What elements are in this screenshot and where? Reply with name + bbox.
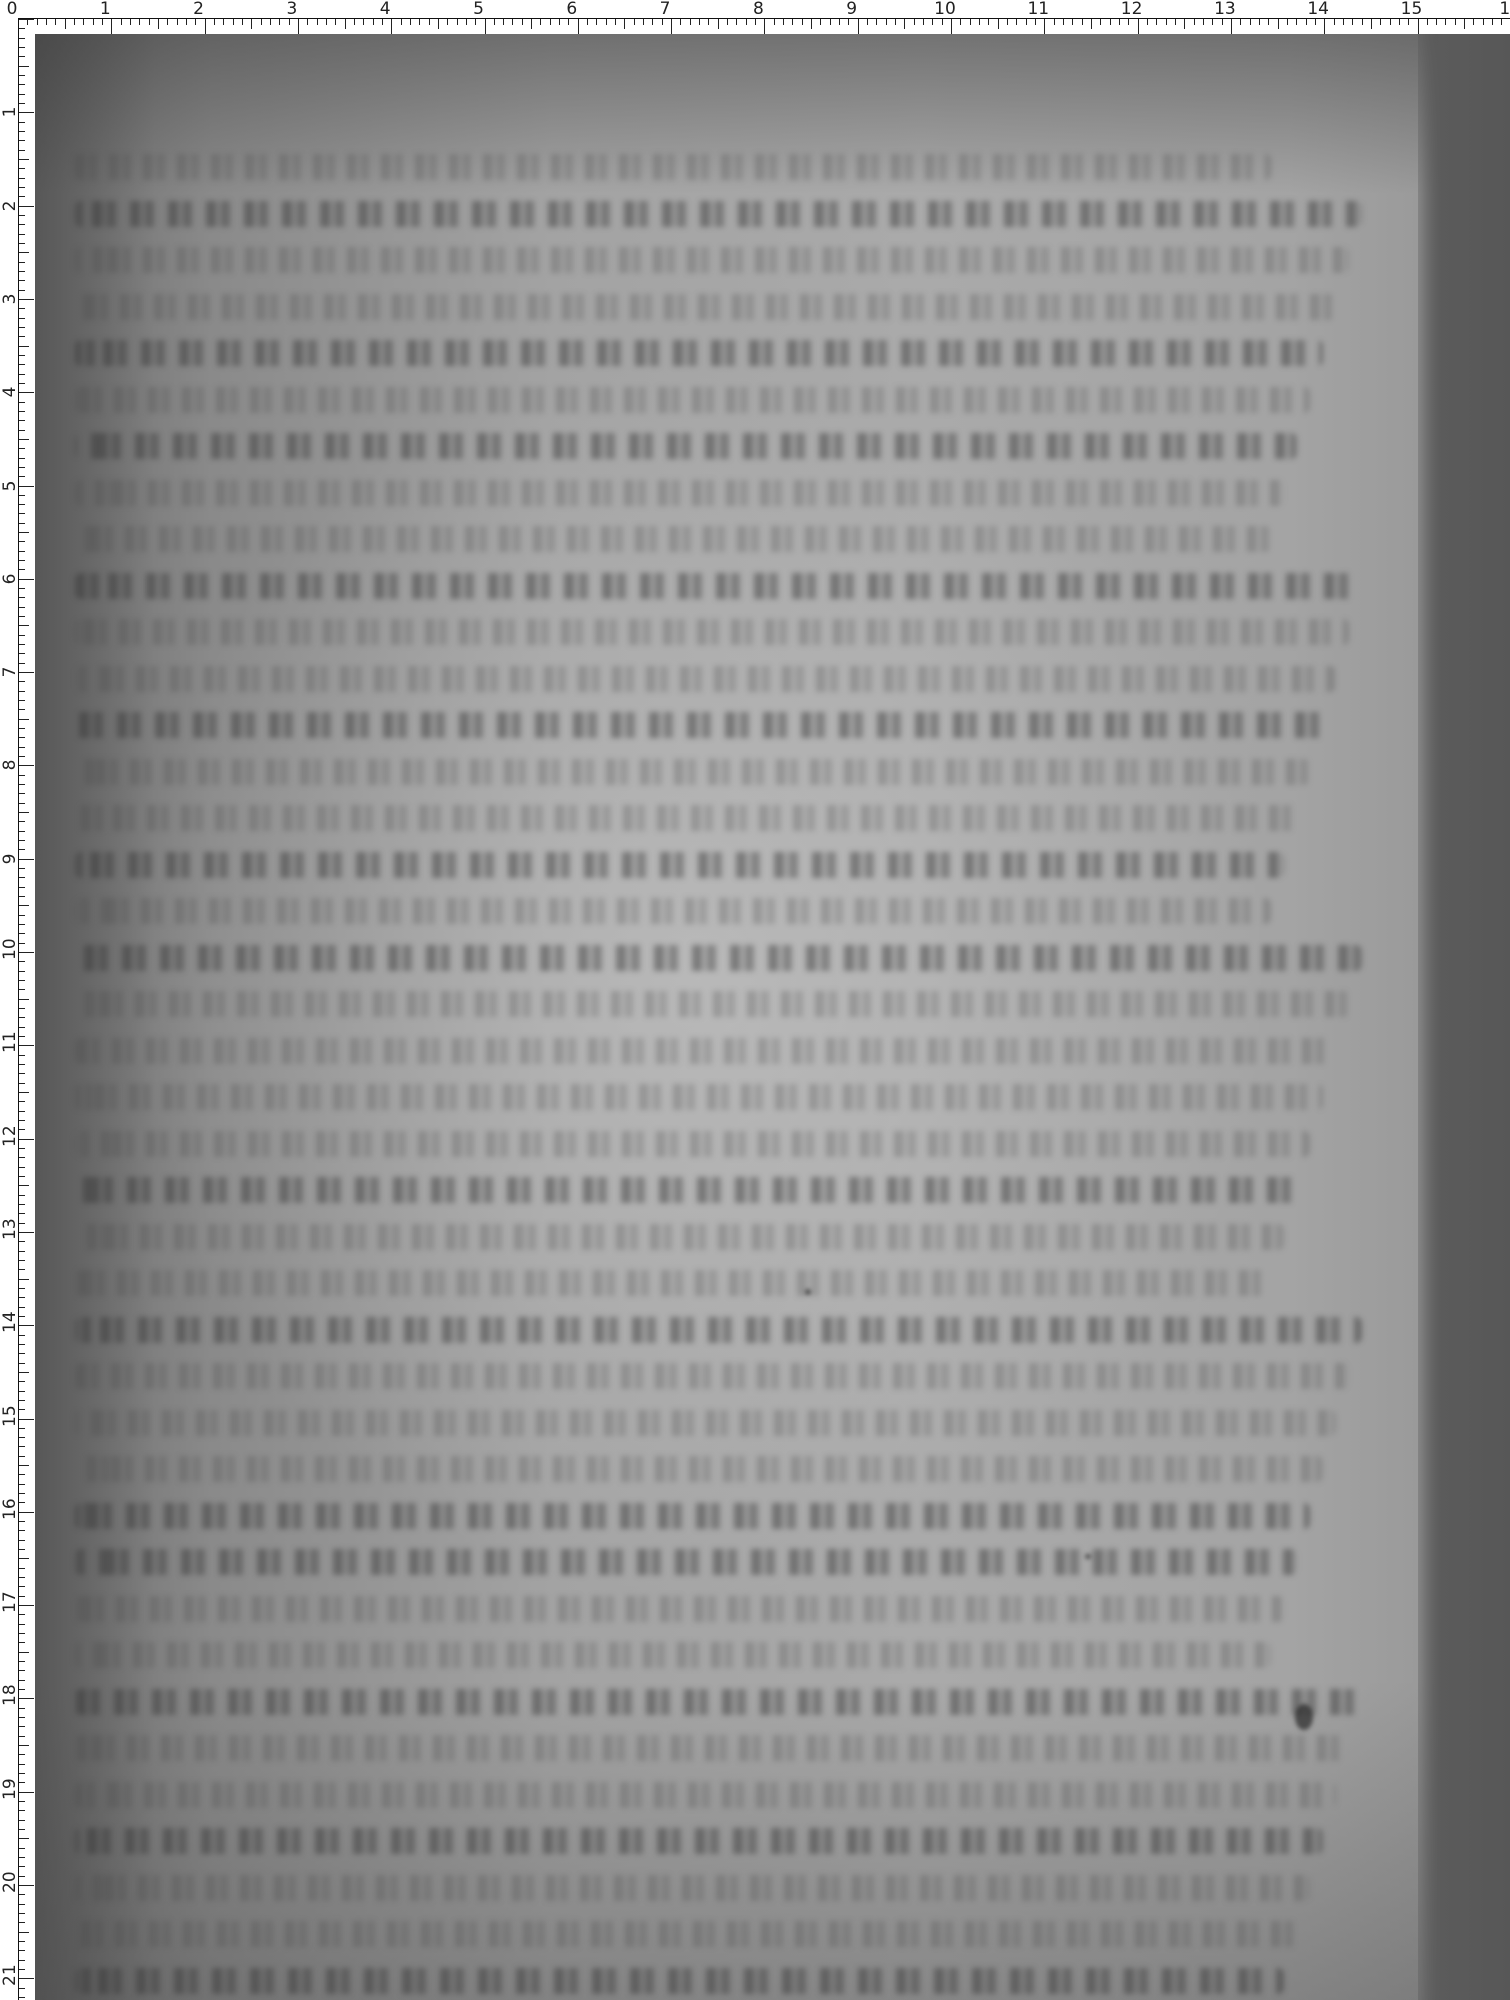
ruler-tick: [690, 19, 691, 25]
ruler-tick: [19, 1465, 29, 1466]
ruler-tick: [19, 1325, 34, 1326]
ruler-tick: [867, 19, 868, 25]
ruler-tick: [19, 19, 34, 20]
ruler-tick: [102, 19, 103, 25]
ruler-label: 3: [286, 0, 297, 18]
ruler-tick: [19, 560, 25, 561]
ruler-tick: [624, 19, 625, 29]
manuscript-line: [75, 1596, 1284, 1622]
ruler-tick: [1044, 19, 1045, 34]
ruler-tick: [1399, 19, 1400, 25]
ruler-tick: [19, 1661, 25, 1662]
ruler-tick: [158, 19, 159, 29]
ruler-tick: [19, 1241, 25, 1242]
ruler-tick: [19, 607, 25, 608]
ruler-tick: [19, 1381, 25, 1382]
ruler-tick: [242, 19, 243, 25]
manuscript-line: [75, 852, 1284, 878]
ruler-tick: [335, 19, 336, 25]
ruler-tick: [19, 1745, 29, 1746]
ruler-tick: [512, 19, 513, 25]
ruler-tick: [764, 19, 765, 34]
manuscript-line: [75, 340, 1323, 366]
ruler-tick: [19, 1848, 25, 1849]
ruler-tick: [1427, 19, 1428, 25]
ruler-tick: [19, 523, 25, 524]
ruler-tick: [503, 19, 504, 25]
ruler-tick: [19, 140, 25, 141]
ruler-tick: [307, 19, 308, 25]
ruler-tick: [886, 19, 887, 25]
manuscript-line: [75, 1456, 1323, 1482]
ruler-tick: [19, 905, 29, 906]
ruler-label: 6: [566, 0, 577, 18]
ruler-tick: [19, 831, 25, 832]
ruler-tick: [19, 1195, 25, 1196]
ruler-tick: [1408, 19, 1409, 25]
ruler-label: 2: [3, 198, 17, 214]
ruler-tick: [214, 19, 215, 25]
ruler-tick: [19, 1950, 25, 1951]
ruler-label: 0: [7, 0, 18, 18]
ruler-tick: [1091, 19, 1092, 29]
ruler-tick: [19, 187, 25, 188]
ruler-tick: [19, 215, 25, 216]
ruler-tick: [19, 1820, 25, 1821]
ruler-tick: [130, 19, 131, 25]
ruler-tick: [19, 1363, 25, 1364]
ruler-tick: [363, 19, 364, 25]
ruler-tick: [914, 19, 915, 25]
ruler-tick: [447, 19, 448, 25]
ruler-tick: [19, 681, 25, 682]
ruler-tick: [942, 19, 943, 25]
ruler-tick: [19, 691, 25, 692]
ruler-tick: [19, 887, 25, 888]
ruler-tick: [1026, 19, 1027, 25]
ruler-tick: [19, 980, 25, 981]
ruler-tick: [111, 19, 112, 34]
ruler-tick: [1063, 19, 1064, 25]
ruler-tick: [1082, 19, 1083, 25]
ruler-tick: [19, 1913, 25, 1914]
ruler-tick: [1445, 19, 1446, 25]
ruler-tick: [904, 19, 905, 29]
manuscript-line: [75, 1689, 1362, 1715]
ruler-tick: [19, 467, 25, 468]
ruler-tick: [19, 1988, 25, 1989]
ruler-tick: [19, 1558, 29, 1559]
ruler-tick: [1138, 19, 1139, 34]
manuscript-line: [75, 1410, 1336, 1436]
ruler-tick: [19, 1353, 25, 1354]
ruler-tick: [19, 1540, 25, 1541]
ruler-tick: [1436, 19, 1437, 25]
ruler-tick: [699, 19, 700, 25]
ruler-label: 19: [3, 1784, 17, 1800]
ruler-tick: [233, 19, 234, 25]
ruler-tick: [19, 178, 25, 179]
ruler-tick: [671, 19, 672, 34]
ruler-tick: [858, 19, 859, 34]
ruler-tick: [19, 1577, 25, 1578]
ruler-tick: [149, 19, 150, 25]
ruler-tick: [494, 19, 495, 25]
manuscript-line: [75, 759, 1310, 785]
ruler-label: 15: [3, 1411, 17, 1427]
ruler-tick: [19, 803, 25, 804]
manuscript-line: [75, 480, 1284, 506]
manuscript-line: [75, 1177, 1297, 1203]
ruler-tick: [354, 19, 355, 25]
ruler-tick: [19, 196, 25, 197]
ruler-tick: [19, 1008, 25, 1009]
ruler-tick: [736, 19, 737, 25]
ruler-tick: [19, 1792, 34, 1793]
manuscript-line: [75, 1828, 1323, 1854]
ruler-tick: [1203, 19, 1204, 25]
ruler-tick: [550, 19, 551, 25]
ruler-tick: [783, 19, 784, 25]
ruler-tick: [19, 1185, 29, 1186]
ruler-tick: [19, 849, 25, 850]
ruler-label: 12: [1121, 0, 1143, 18]
ruler-tick: [19, 1017, 25, 1018]
ink-dot: [805, 1289, 811, 1295]
ruler-tick: [19, 588, 25, 589]
ruler-tick: [19, 299, 34, 300]
ruler-tick: [19, 924, 25, 925]
ruler-tick: [19, 569, 25, 570]
ruler-tick: [419, 19, 420, 25]
ruler-tick: [19, 430, 25, 431]
ruler-left-edge: [18, 18, 19, 2000]
ruler-tick: [1371, 19, 1372, 29]
ruler-label: 10: [934, 0, 956, 18]
manuscript-line: [75, 433, 1297, 459]
ruler-tick: [19, 1484, 25, 1485]
ruler-tick: [830, 19, 831, 25]
ruler-tick: [485, 19, 486, 34]
ruler-tick: [19, 1764, 25, 1765]
ruler-tick: [19, 1512, 34, 1513]
ruler-tick: [19, 392, 34, 393]
ruler-tick: [19, 1232, 34, 1233]
ruler-tick: [1240, 19, 1241, 25]
ruler-tick: [19, 47, 25, 48]
ruler-tick: [438, 19, 439, 29]
ruler-tick: [205, 19, 206, 34]
ruler-tick: [19, 756, 25, 757]
ruler-tick: [1455, 19, 1456, 25]
ruler-tick: [19, 579, 34, 580]
ruler-tick: [1362, 19, 1363, 25]
ruler-tick: [19, 159, 29, 160]
ruler-tick: [19, 1456, 25, 1457]
ruler-tick: [19, 66, 29, 67]
ruler-tick: [951, 19, 952, 34]
ruler-tick: [19, 271, 25, 272]
ruler-tick: [19, 1269, 25, 1270]
ruler-tick: [746, 19, 747, 25]
ruler-tick: [270, 19, 271, 25]
ruler-tick: [19, 1605, 34, 1606]
ruler-tick: [1296, 19, 1297, 25]
ink-dot: [1085, 1554, 1091, 1559]
ruler-tick: [19, 1260, 25, 1261]
ruler-tick: [19, 1027, 25, 1028]
ruler-label: 8: [3, 757, 17, 773]
ruler-tick: [1054, 19, 1055, 25]
ruler-tick: [19, 1204, 25, 1205]
ruler-tick: [410, 19, 411, 25]
ruler-tick: [19, 504, 25, 505]
ruler-tick: [19, 420, 25, 421]
ruler-tick: [19, 1251, 25, 1252]
ruler-tick: [19, 1586, 25, 1587]
ruler-tick: [121, 19, 122, 25]
ruler-tick: [223, 19, 224, 25]
manuscript-line: [75, 1224, 1284, 1250]
ruler-tick: [19, 1698, 34, 1699]
ruler-label: 11: [3, 1037, 17, 1053]
ruler-label: 2: [193, 0, 204, 18]
manuscript-line: [75, 666, 1336, 692]
ruler-tick: [1175, 19, 1176, 25]
ruler-tick: [19, 1838, 29, 1839]
ruler-tick: [19, 150, 25, 151]
ruler-tick: [326, 19, 327, 25]
ruler-label: 5: [3, 478, 17, 494]
manuscript-line: [75, 1084, 1323, 1110]
ruler-tick: [19, 1344, 25, 1345]
ruler-tick: [46, 19, 47, 25]
ruler-tick: [83, 19, 84, 25]
ruler-tick: [1501, 19, 1502, 25]
ink-blot: [1295, 1704, 1313, 1730]
manuscript-line: [75, 1131, 1310, 1157]
ruler-tick: [19, 700, 25, 701]
ruler-tick: [19, 122, 25, 123]
ruler-tick: [19, 1288, 25, 1289]
ruler-label: 15: [1401, 0, 1423, 18]
ruler-tick: [848, 19, 849, 25]
ruler-tick: [19, 1941, 25, 1942]
ruler-tick: [19, 1335, 25, 1336]
manuscript-line: [75, 1735, 1349, 1761]
ruler-tick: [1147, 19, 1148, 25]
ruler-tick: [93, 19, 94, 25]
ruler-tick: [19, 28, 25, 29]
ruler-tick: [19, 1633, 25, 1634]
ruler-tick: [1110, 19, 1111, 25]
ruler-tick: [1166, 19, 1167, 25]
ruler-tick: [19, 1297, 25, 1298]
ruler-tick: [177, 19, 178, 25]
ruler-tick: [998, 19, 999, 29]
ruler-tick: [19, 1642, 25, 1643]
ruler-tick: [19, 1176, 25, 1177]
ruler-tick: [19, 1810, 25, 1811]
ruler-tick: [19, 56, 25, 57]
ruler-tick: [19, 1754, 25, 1755]
ruler-tick: [19, 728, 25, 729]
ruler-tick: [19, 1213, 25, 1214]
manuscript-line: [75, 1503, 1310, 1529]
ruler-label: 14: [1307, 0, 1329, 18]
ruler-tick: [19, 374, 25, 375]
ruler-tick: [19, 38, 25, 39]
ruler-tick: [19, 75, 25, 76]
ruler-tick: [317, 19, 318, 25]
ruler-tick: [19, 1279, 29, 1280]
ruler-tick: [19, 1960, 25, 1961]
ruler-tick: [19, 644, 25, 645]
ruler-tick: [19, 458, 25, 459]
ruler-tick: [19, 765, 34, 766]
ruler-tick: [19, 112, 34, 113]
ruler-tick: [19, 224, 25, 225]
ruler-tick: [19, 1139, 34, 1140]
ruler-tick: [1250, 19, 1251, 25]
ruler-tick: [19, 625, 29, 626]
ruler-tick: [1212, 19, 1213, 25]
ruler-label: 13: [1214, 0, 1236, 18]
ruler-tick: [19, 1978, 34, 1979]
ruler-tick: [652, 19, 653, 25]
ruler-label: 3: [3, 291, 17, 307]
ruler-tick: [522, 19, 523, 25]
ruler-tick: [19, 1307, 25, 1308]
ruler-tick: [1418, 19, 1419, 34]
ruler-tick: [19, 812, 29, 813]
manuscript-line: [75, 1921, 1297, 1947]
ruler-label: 4: [380, 0, 391, 18]
ruler-tick: [19, 1073, 25, 1074]
ruler-tick: [802, 19, 803, 25]
ruler-tick: [19, 1120, 25, 1121]
ruler-tick: [457, 19, 458, 25]
ruler-tick: [19, 868, 25, 869]
ruler-tick: [475, 19, 476, 25]
ruler-tick: [19, 933, 25, 934]
ruler-label: 1: [100, 0, 111, 18]
ruler-tick: [19, 1932, 29, 1933]
ruler-tick: [531, 19, 532, 29]
ruler-tick: [19, 318, 25, 319]
ruler-label: 17: [3, 1597, 17, 1613]
ruler-tick: [876, 19, 877, 25]
ruler-tick: [19, 1428, 25, 1429]
page-edge-shadow: [1418, 34, 1510, 2000]
manuscript-line: [75, 247, 1349, 273]
ruler-tick: [19, 1521, 25, 1522]
ruler-tick: [195, 19, 196, 25]
ruler-tick: [1231, 19, 1232, 34]
ruler-tick: [1072, 19, 1073, 25]
ruler-tick: [19, 896, 25, 897]
ruler-tick: [19, 1904, 25, 1905]
ruler-tick: [19, 1680, 25, 1681]
ruler-tick: [289, 19, 290, 25]
ruler-tick: [19, 1726, 25, 1727]
ruler-tick: [345, 19, 346, 29]
ruler-tick: [19, 476, 25, 477]
ruler-tick: [19, 439, 29, 440]
ruler-tick: [19, 737, 25, 738]
ruler-tick: [1343, 19, 1344, 25]
ruler-tick: [19, 364, 25, 365]
ruler-tick: [718, 19, 719, 29]
ruler-label: 7: [3, 664, 17, 680]
ruler-label: 1: [1499, 0, 1510, 18]
ruler-tick: [1324, 19, 1325, 34]
ruler-label: 7: [660, 0, 671, 18]
ruler-tick: [19, 346, 29, 347]
manuscript-line: [75, 1038, 1336, 1064]
ruler-tick: [19, 1801, 25, 1802]
ruler-tick: [37, 19, 38, 25]
ruler-tick: [19, 719, 29, 720]
ruler-tick: [19, 206, 34, 207]
ruler-tick: [19, 1419, 34, 1420]
ruler-tick: [19, 1083, 25, 1084]
ruler-tick: [19, 1064, 25, 1065]
ruler-tick: [19, 1894, 25, 1895]
ruler-tick: [19, 1055, 25, 1056]
ruler-tick: [1156, 19, 1157, 25]
ruler-tick: [1016, 19, 1017, 25]
ruler-tick: [708, 19, 709, 25]
ruler-label: 11: [1027, 0, 1049, 18]
ruler-tick: [466, 19, 467, 25]
ruler-tick: [1268, 19, 1269, 25]
ruler-tick: [1035, 19, 1036, 25]
ruler-tick: [1259, 19, 1260, 25]
ruler-tick: [19, 355, 25, 356]
ruler-tick: [1194, 19, 1195, 25]
manuscript-scan: [35, 34, 1510, 2000]
ruler-tick: [19, 252, 29, 253]
ruler-tick: [19, 1111, 25, 1112]
ruler-tick: [1334, 19, 1335, 25]
ruler-tick: [1390, 19, 1391, 25]
ruler-tick: [19, 1670, 25, 1671]
ruler-tick: [19, 168, 25, 169]
ruler-label: 13: [3, 1224, 17, 1240]
ruler-tick: [979, 19, 980, 25]
ruler-tick: [19, 971, 25, 972]
ruler-tick: [19, 1530, 25, 1531]
ruler-tick: [19, 1624, 25, 1625]
ruler-tick: [19, 1717, 25, 1718]
ruler-label: 14: [3, 1317, 17, 1333]
ruler-tick: [19, 1391, 25, 1392]
ruler-label: 10: [3, 944, 17, 960]
ruler-tick: [19, 1773, 25, 1774]
ruler-tick: [19, 821, 25, 822]
ruler-tick: [895, 19, 896, 25]
ruler-tick: [1100, 19, 1101, 25]
ruler-tick: [1464, 19, 1465, 29]
ruler-tick: [680, 19, 681, 25]
ruler-tick: [19, 840, 25, 841]
ruler-tick: [1352, 19, 1353, 25]
ruler-label: 5: [473, 0, 484, 18]
ruler-tick: [19, 1614, 25, 1615]
ruler-tick: [19, 1736, 25, 1737]
ruler-tick: [139, 19, 140, 25]
